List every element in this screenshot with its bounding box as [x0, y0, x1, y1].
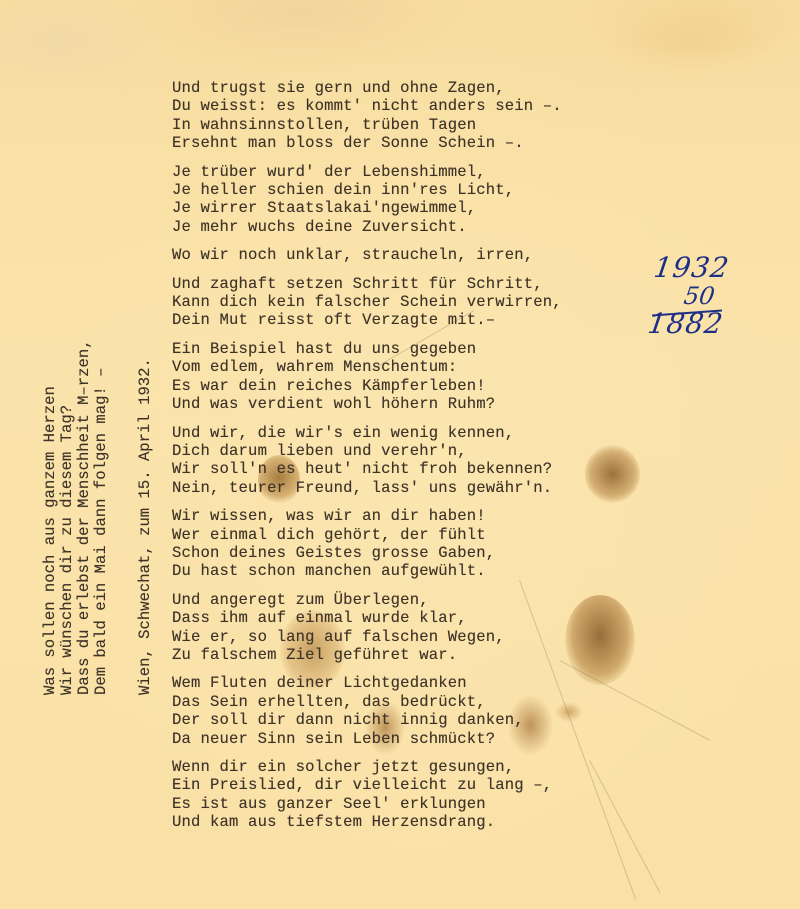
stanza: Je trüber wurd' der Lebenshimmel,Je hell…	[172, 163, 562, 237]
poem-line: Und kam aus tiefstem Herzensdrang.	[172, 813, 562, 831]
margin-verse-line-1: Was sollen noch aus ganzem Herzen	[41, 386, 59, 695]
poem-line: Schon deines Geistes grosse Gaben,	[172, 544, 562, 562]
poem-line: Und zaghaft setzen Schritt für Schritt,	[172, 275, 562, 293]
dateline: Wien, Schwechat, zum 15. April 1932.	[136, 358, 154, 695]
poem-line: Wer einmal dich gehört, der fühlt	[172, 526, 562, 544]
poem-line: Kann dich kein falscher Schein verwirren…	[172, 293, 562, 311]
poem-line: Ersehnt man bloss der Sonne Schein –.	[172, 134, 562, 152]
poem-line: Je wirrer Staatslakai'ngewimmel,	[172, 199, 562, 217]
poem-line: Wenn dir ein solcher jetzt gesungen,	[172, 758, 562, 776]
handwritten-year-top: 1932	[652, 254, 731, 282]
poem-line: Zu falschem Ziel geführet war.	[172, 646, 562, 664]
poem-line: Nein, teurer Freund, lass' uns gewähr'n.	[172, 479, 562, 497]
poem-line: Vom edlem, wahrem Menschentum:	[172, 358, 562, 376]
poem-line: Dich darum lieben und verehr'n,	[172, 442, 562, 460]
poem-line: Ein Preislied, dir vielleicht zu lang –,	[172, 776, 562, 794]
stanza: Wem Fluten deiner LichtgedankenDas Sein …	[172, 674, 562, 748]
poem-line: Je mehr wuchs deine Zuversicht.	[172, 218, 562, 236]
poem-line: Es ist aus ganzer Seel' erklungen	[172, 795, 562, 813]
poem-line: Da neuer Sinn sein Leben schmückt?	[172, 730, 562, 748]
stanza: Und wir, die wir's ein wenig kennen,Dich…	[172, 424, 562, 498]
stanza: Ein Beispiel hast du uns gegebenVom edle…	[172, 340, 562, 414]
stanza: Wir wissen, was wir an dir haben!Wer ein…	[172, 507, 562, 581]
stanza: Und trugst sie gern und ohne Zagen,Du we…	[172, 79, 562, 153]
margin-verse-line-2: Wir wünschen dir zu diesem Tag?	[58, 405, 76, 695]
poem-line: Du weisst: es kommt' nicht anders sein –…	[172, 97, 562, 115]
handwritten-age: 50	[682, 282, 716, 310]
stanza: Wenn dir ein solcher jetzt gesungen,Ein …	[172, 758, 562, 832]
poem-line: Wo wir noch unklar, straucheln, irren,	[172, 246, 562, 264]
poem-line: Wie er, so lang auf falschen Wegen,	[172, 628, 562, 646]
poem-line: Und wir, die wir's ein wenig kennen,	[172, 424, 562, 442]
poem-line: In wahnsinnstollen, trüben Tagen	[172, 116, 562, 134]
stanza: Und angeregt zum Überlegen,Dass ihm auf …	[172, 591, 562, 665]
poem-line: Wir wissen, was wir an dir haben!	[172, 507, 562, 525]
poem-line: Je heller schien dein inn'res Licht,	[172, 181, 562, 199]
poem-line: Und trugst sie gern und ohne Zagen,	[172, 79, 562, 97]
poem-line: Und was verdient wohl höhern Ruhm?	[172, 395, 562, 413]
poem-line: Je trüber wurd' der Lebenshimmel,	[172, 163, 562, 181]
poem-line: Der soll dir dann nicht innig danken,	[172, 711, 562, 729]
margin-verse-line-4: Dem bald ein Mai dann folgen mag! –	[92, 367, 110, 695]
poem-body: Und trugst sie gern und ohne Zagen,Du we…	[172, 79, 562, 842]
poem-line: Du hast schon manchen aufgewühlt.	[172, 562, 562, 580]
poem-line: Das Sein erhellten, das bedrückt,	[172, 693, 562, 711]
handwritten-note: 1932 50 1882	[648, 252, 728, 342]
margin-verse-line-3: Dass du erlebst der Menschheit M–rzen,	[75, 339, 93, 695]
poem-line: Wir soll'n es heut' nicht froh bekennen?	[172, 460, 562, 478]
poem-line: Dass ihm auf einmal wurde klar,	[172, 609, 562, 627]
poem-line: Ein Beispiel hast du uns gegeben	[172, 340, 562, 358]
handwritten-year-bottom: 1882	[646, 310, 725, 338]
poem-line: Es war dein reiches Kämpferleben!	[172, 377, 562, 395]
poem-line: Wem Fluten deiner Lichtgedanken	[172, 674, 562, 692]
stanza: Und zaghaft setzen Schritt für Schritt,K…	[172, 275, 562, 330]
poem-line: Dein Mut reisst oft Verzagte mit.–	[172, 311, 562, 329]
stanza: Wo wir noch unklar, straucheln, irren,	[172, 246, 562, 264]
poem-line: Und angeregt zum Überlegen,	[172, 591, 562, 609]
